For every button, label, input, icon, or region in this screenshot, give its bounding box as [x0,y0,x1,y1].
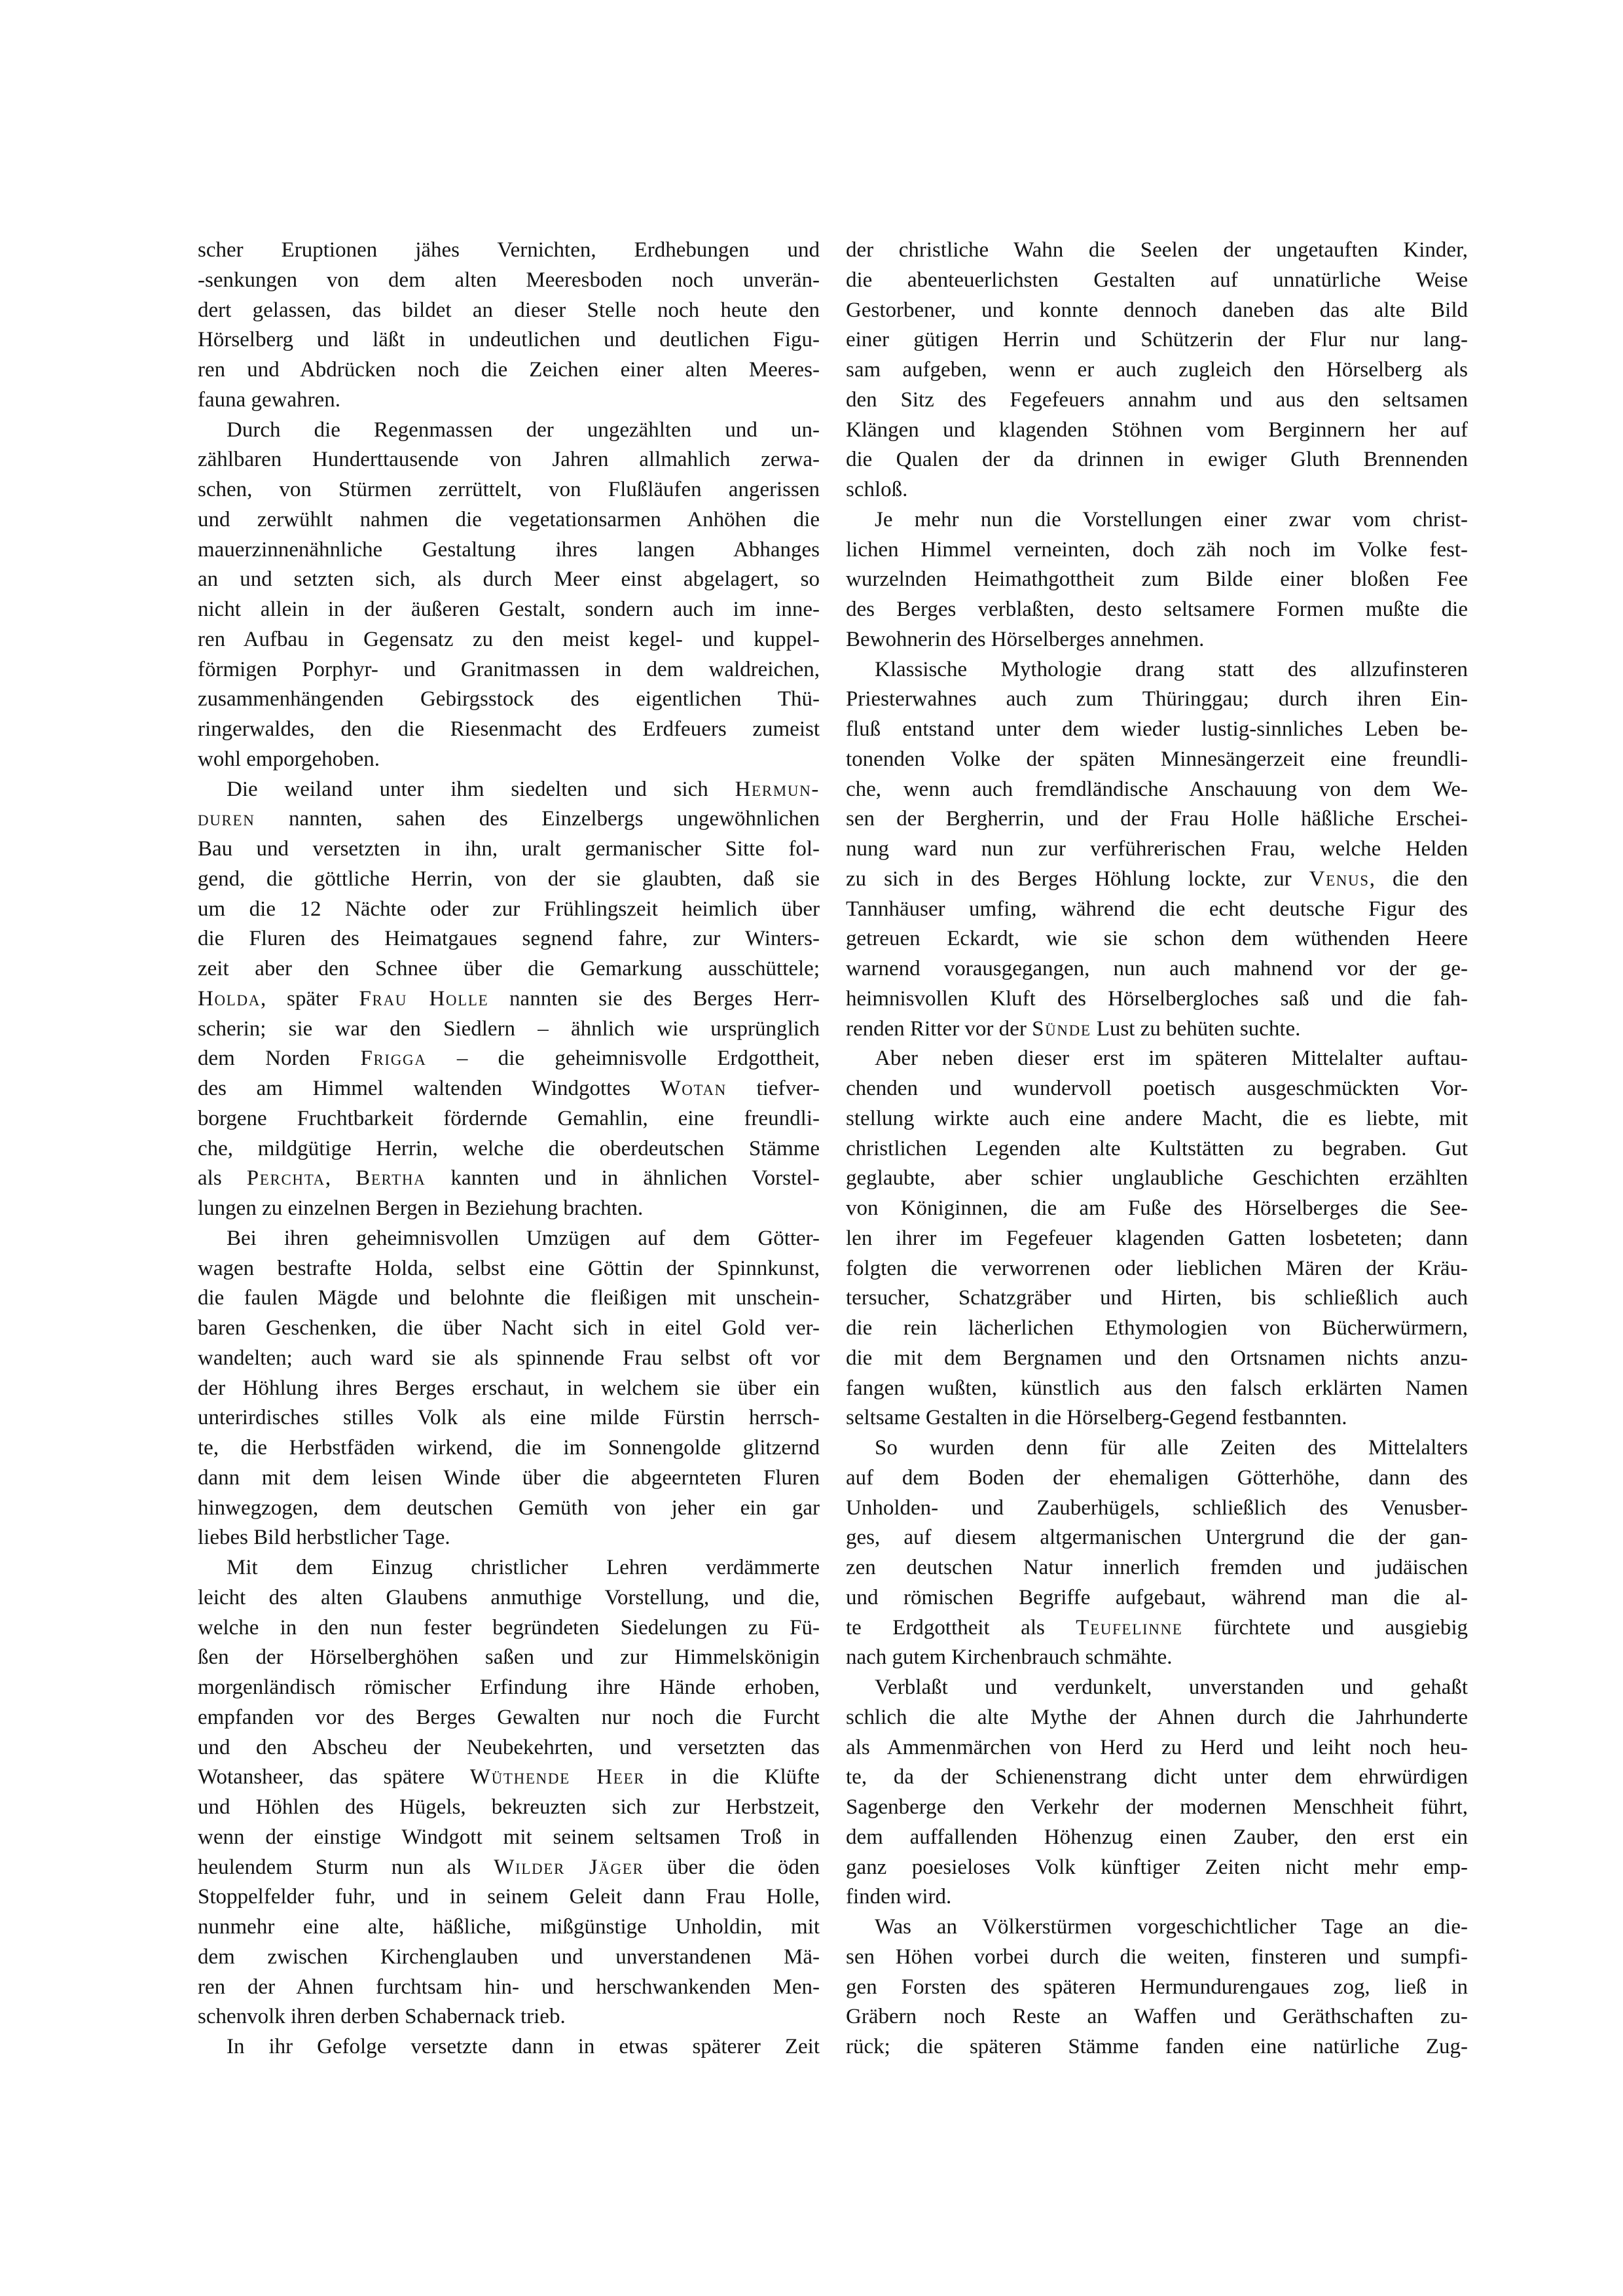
text-line: Verblaßt und verdunkelt, unverstanden un… [846,1673,1468,1703]
text-line: schen, von Stürmen zerrüttelt, von Flußl… [198,475,820,505]
small-caps-name: Perchta [247,1166,325,1190]
text-line: len ihrer im Fegefeuer klagenden Gatten … [846,1224,1468,1254]
text-line: te, da der Schienenstrang dicht unter de… [846,1763,1468,1793]
text-line: Sagenberge den Verkehr der modernen Mens… [846,1793,1468,1823]
text-line: förmigen Porphyr- und Granitmassen in de… [198,655,820,685]
text-line: duren nannten, sahen des Einzelbergs ung… [198,804,820,834]
text-line: nicht allein in der äußeren Gestalt, son… [198,595,820,625]
small-caps-name: duren [198,807,255,831]
text-line: ges, auf diesem altgermanischen Untergru… [846,1523,1468,1553]
text-line: Priesterwahnes auch zum Thüringgau; durc… [846,685,1468,715]
text-line: wandelten; auch ward sie als spinnende F… [198,1344,820,1374]
text-line: zählbaren Hunderttausende von Jahren all… [198,445,820,475]
text-line: geglaubte, aber schier unglaubliche Gesc… [846,1164,1468,1194]
text-line: zu sich in des Berges Höhlung lockte, zu… [846,865,1468,895]
text-line: stellung wirkte auch eine andere Macht, … [846,1104,1468,1134]
text-line: tersucher, Schatzgräber und Hirten, bis … [846,1283,1468,1314]
text-line: getreuen Eckardt, wie sie schon dem wüth… [846,924,1468,954]
text-line: hinwegzogen, dem deutschen Gemüth von je… [198,1494,820,1524]
text-line: ganz poesieloses Volk künftiger Zeiten n… [846,1853,1468,1883]
text-line: te Erdgottheit als Teufelinne fürchtete … [846,1613,1468,1643]
small-caps-name: Hermun- [735,778,820,801]
text-line: und den Abscheu der Neubekehrten, und ve… [198,1733,820,1763]
text-line: Klängen und klagenden Stöhnen vom Bergin… [846,416,1468,446]
text-line: ren Aufbau in Gegensatz zu den meist keg… [198,625,820,655]
text-line: der Höhlung ihres Berges erschaut, in we… [198,1374,820,1404]
text-line: scher Eruptionen jähes Vernichten, Erdhe… [198,236,820,266]
text-line: schenvolk ihren derben Schabernack trieb… [198,2002,820,2032]
text-line: der christliche Wahn die Seelen der unge… [846,236,1468,266]
text-line: dert gelassen, das bildet an dieser Stel… [198,296,820,326]
text-line: ringerwaldes, den die Riesenmacht des Er… [198,715,820,745]
text-line: wurzelnden Heimathgottheit zum Bilde ein… [846,565,1468,595]
text-line: Gestorbener, und konnte dennoch daneben … [846,296,1468,326]
text-line: Je mehr nun die Vorstellungen einer zwar… [846,505,1468,535]
text-line: die Fluren des Heimatgaues segnend fahre… [198,924,820,954]
text-line: -senkungen von dem alten Meeresboden noc… [198,266,820,296]
text-line: borgene Fruchtbarkeit fördernde Gemahlin… [198,1104,820,1134]
text-line: Klassische Mythologie drang statt des al… [846,655,1468,685]
small-caps-name: Bertha [356,1166,426,1190]
small-caps-name: Teufelinne [1076,1616,1182,1640]
text-line: baren Geschenken, die über Nacht sich in… [198,1314,820,1344]
text-line: Was an Völkerstürmen vorgeschichtlicher … [846,1912,1468,1943]
text-line: dem zwischen Kirchenglauben und unversta… [198,1943,820,1973]
text-line: renden Ritter vor der Sünde Lust zu behü… [846,1014,1468,1045]
text-line: mauerzinnenähnliche Gestaltung ihres lan… [198,535,820,565]
small-caps-name: Venus [1309,867,1370,891]
text-column-right: der christliche Wahn die Seelen der unge… [846,236,1468,2062]
text-line: ßen der Hörselberghöhen saßen und zur Hi… [198,1643,820,1673]
small-caps-name: Wüthende Heer [470,1765,645,1789]
text-line: und zerwühlt nahmen die vegetationsarmen… [198,505,820,535]
text-line: Aber neben dieser erst im späteren Mitte… [846,1044,1468,1074]
text-line: So wurden denn für alle Zeiten des Mitte… [846,1433,1468,1463]
text-line: um die 12 Nächte oder zur Frühlingszeit … [198,895,820,925]
text-line: fluß entstand unter dem wieder lustig-si… [846,715,1468,745]
text-line: christlichen Legenden alte Kultstätten z… [846,1134,1468,1164]
text-line: auf dem Boden der ehemaligen Götterhöhe,… [846,1463,1468,1494]
text-line: folgten die verworrenen oder lieblichen … [846,1254,1468,1284]
text-line: Mit dem Einzug christlicher Lehren verdä… [198,1553,820,1583]
text-line: und römischen Begriffe aufgebaut, währen… [846,1583,1468,1613]
text-line: welche in den nun fester begründeten Sie… [198,1613,820,1643]
text-line: dem Norden Frigga – die geheimnisvolle E… [198,1044,820,1074]
text-line: die rein lächerlichen Ethymologien von B… [846,1314,1468,1344]
text-line: Bei ihren geheimnisvollen Umzügen auf de… [198,1224,820,1254]
text-line: che, mildgütige Herrin, welche die oberd… [198,1134,820,1164]
text-line: einer gütigen Herrin und Schützerin der … [846,325,1468,355]
text-line: dann mit dem leisen Winde über die abgee… [198,1463,820,1494]
text-line: unterirdisches stilles Volk als eine mil… [198,1403,820,1433]
text-line: die Qualen der da drinnen in ewiger Glut… [846,445,1468,475]
text-line: warnend vorausgegangen, nun auch mahnend… [846,954,1468,984]
text-line: tonenden Volke der späten Minnesängerzei… [846,745,1468,775]
text-line: Wotansheer, das spätere Wüthende Heer in… [198,1763,820,1793]
text-line: fangen wußten, künstlich aus den falsch … [846,1374,1468,1404]
text-line: zen deutschen Natur innerlich fremden un… [846,1553,1468,1583]
text-line: Gräbern noch Reste an Waffen und Geräths… [846,2002,1468,2032]
small-caps-name: Wotan [660,1077,726,1100]
small-caps-name: Holda [198,987,261,1011]
text-line: seltsame Gestalten in die Hörselberg-Geg… [846,1403,1468,1433]
text-line: sam aufgeben, wenn er auch zugleich den … [846,355,1468,386]
text-line: scherin; sie war den Siedlern – ähnlich … [198,1014,820,1045]
text-line: rück; die späteren Stämme fanden eine na… [846,2032,1468,2062]
text-line: als Ammenmärchen von Herd zu Herd und le… [846,1733,1468,1763]
text-line: wohl emporgehoben. [198,745,820,775]
text-line: wenn der einstige Windgott mit seinem se… [198,1823,820,1853]
text-line: schloß. [846,475,1468,505]
text-line: Unholden- und Zauberhügels, schließlich … [846,1494,1468,1524]
text-line: sen Höhen vorbei durch die weiten, finst… [846,1943,1468,1973]
text-line: Die weiland unter ihm siedelten und sich… [198,775,820,805]
text-line: Holda, später Frau Holle nannten sie des… [198,984,820,1014]
text-line: Durch die Regenmassen der ungezählten un… [198,416,820,446]
text-line: Bau und versetzten in ihn, uralt germani… [198,834,820,865]
text-line: als Perchta, Bertha kannten und in ähnli… [198,1164,820,1194]
text-line: zusammenhängenden Gebirgsstock des eigen… [198,685,820,715]
text-line: finden wird. [846,1882,1468,1912]
text-line: heimnisvollen Kluft des Hörselbergloches… [846,984,1468,1014]
small-caps-name: Frigga [360,1047,426,1070]
text-line: nung ward nun zur verführerischen Frau, … [846,834,1468,865]
text-line: des Berges verblaßten, desto seltsamere … [846,595,1468,625]
text-line: lungen zu einzelnen Bergen in Beziehung … [198,1194,820,1224]
text-line: die faulen Mägde und belohnte die fleißi… [198,1283,820,1314]
text-line: die mit dem Bergnamen und den Ortsnamen … [846,1344,1468,1374]
text-line: Tannhäuser umfing, während die echt deut… [846,895,1468,925]
text-line: schlich die alte Mythe der Ahnen durch d… [846,1703,1468,1733]
text-line: liebes Bild herbstlicher Tage. [198,1523,820,1553]
text-line: Bewohnerin des Hörselberges annehmen. [846,625,1468,655]
text-line: gen Forsten des späteren Hermundurengaue… [846,1973,1468,2003]
small-caps-name: Frau Holle [359,987,489,1011]
text-line: gend, die göttliche Herrin, von der sie … [198,865,820,895]
text-line: wagen bestrafte Holda, selbst eine Götti… [198,1254,820,1284]
text-line: die abenteuerlichsten Gestalten auf unna… [846,266,1468,296]
text-line: ren und Abdrücken noch die Zeichen einer… [198,355,820,386]
text-line: des am Himmel waltenden Windgottes Wotan… [198,1074,820,1104]
text-line: nunmehr eine alte, häßliche, mißgünstige… [198,1912,820,1943]
text-line: den Sitz des Fegefeuers annahm und aus d… [846,386,1468,416]
text-line: ren der Ahnen furchtsam hin- und herschw… [198,1973,820,2003]
text-line: zeit aber den Schnee über die Gemarkung … [198,954,820,984]
text-line: lichen Himmel verneinten, doch zäh noch … [846,535,1468,565]
text-column-left: scher Eruptionen jähes Vernichten, Erdhe… [198,236,820,2062]
text-line: an und setzten sich, als durch Meer eins… [198,565,820,595]
small-caps-name: Wilder Jäger [494,1856,644,1879]
text-line: und Höhlen des Hügels, bekreuzten sich z… [198,1793,820,1823]
small-caps-name: Sünde [1032,1017,1091,1041]
text-line: leicht des alten Glaubens anmuthige Vors… [198,1583,820,1613]
text-line: Stoppelfelder fuhr, und in seinem Geleit… [198,1882,820,1912]
text-line: von Königinnen, die am Fuße des Hörselbe… [846,1194,1468,1224]
text-line: che, wenn auch fremdländische Anschauung… [846,775,1468,805]
text-line: In ihr Gefolge versetzte dann in etwas s… [198,2032,820,2062]
text-line: empfanden vor des Berges Gewalten nur no… [198,1703,820,1733]
text-line: sen der Bergherrin, und der Frau Holle h… [846,804,1468,834]
text-line: fauna gewahren. [198,386,820,416]
text-line: heulendem Sturm nun als Wilder Jäger übe… [198,1853,820,1883]
text-line: nach gutem Kirchenbrauch schmähte. [846,1643,1468,1673]
text-line: chenden und wundervoll poetisch ausgesch… [846,1074,1468,1104]
book-page: scher Eruptionen jähes Vernichten, Erdhe… [0,0,1623,2296]
text-line: dem auffallenden Höhenzug einen Zauber, … [846,1823,1468,1853]
text-line: morgenländisch römischer Erfindung ihre … [198,1673,820,1703]
text-line: te, die Herbstfäden wirkend, die im Sonn… [198,1433,820,1463]
text-line: Hörselberg und läßt in undeutlichen und … [198,325,820,355]
